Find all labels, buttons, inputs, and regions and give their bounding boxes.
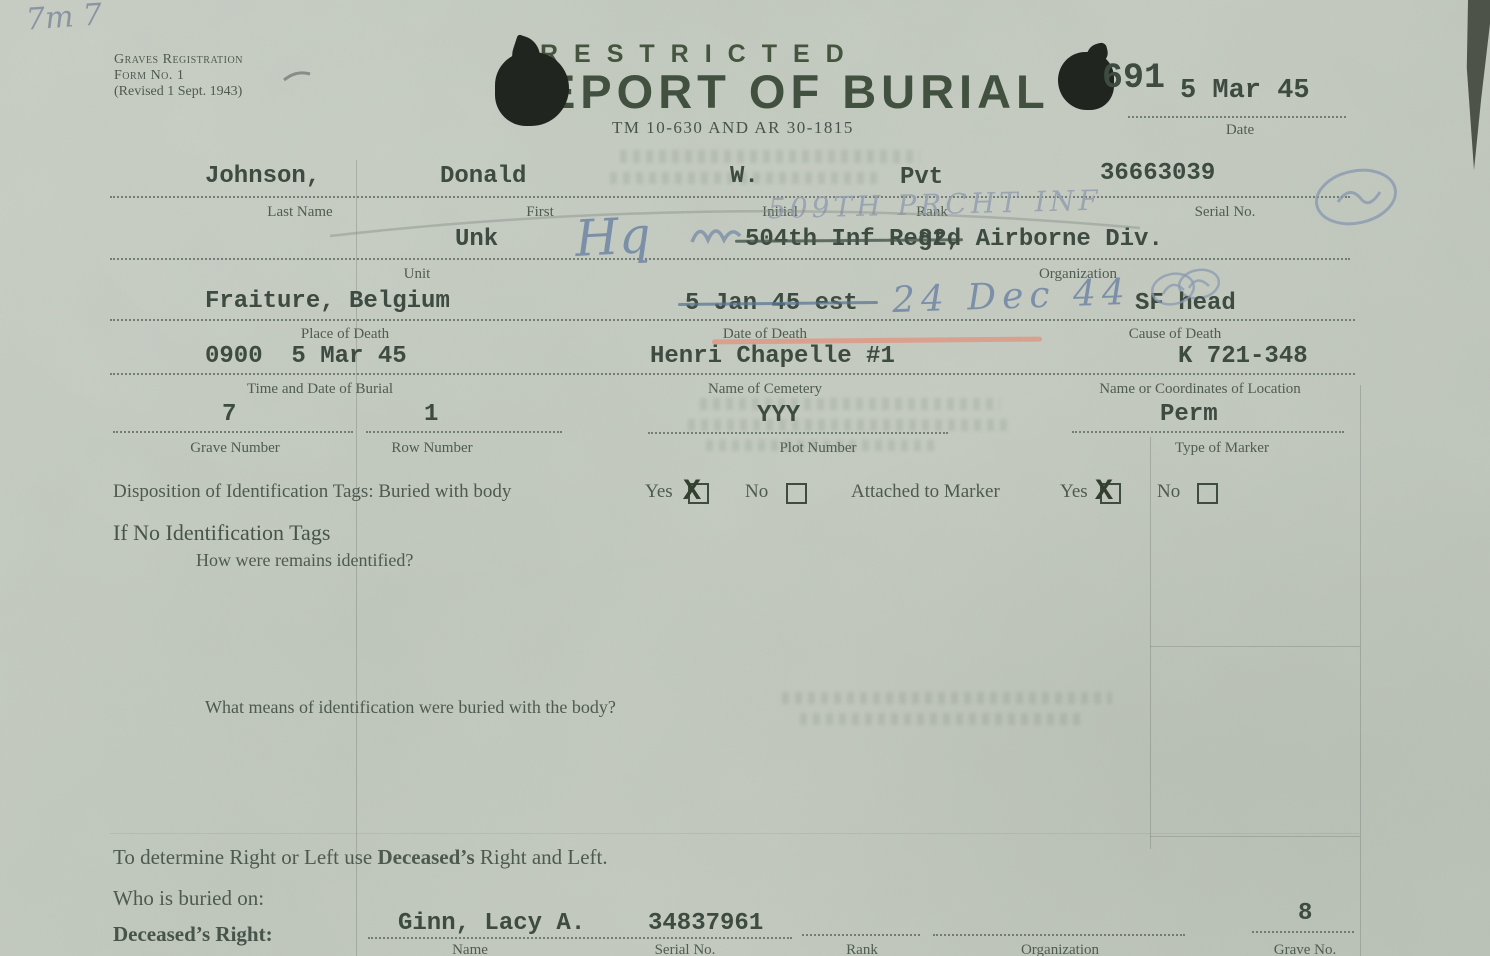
footer-organization-label: Organization [1021, 942, 1099, 956]
initial-value: W. [730, 163, 759, 190]
remains-identified-question: How were remains identified? [196, 550, 413, 571]
who-buried-line: Who is buried on: [113, 886, 264, 911]
location-label: Name or Coordinates of Location [1099, 381, 1301, 398]
form-id-block: Graves Registration Form No. 1 (Revised … [114, 52, 243, 100]
buried-no-label: No [745, 481, 768, 503]
grave-number-value: 7 [222, 401, 236, 428]
no-tags-heading: If No Identification Tags [113, 520, 330, 546]
buried-yes-label: Yes [645, 481, 673, 503]
plot-number-label: Plot Number [779, 440, 856, 457]
marker-label: Type of Marker [1175, 440, 1269, 457]
handwritten-date-of-death: 24 Dec 44 [891, 272, 1131, 321]
unit-row-line [110, 258, 1350, 260]
buried-right-serial-value: 34837961 [648, 910, 763, 937]
footer-name-label: Name [452, 942, 488, 956]
handwritten-corner-note: 7m 7 [25, 0, 103, 38]
marker-value: Perm [1160, 401, 1218, 428]
footer-grave-value: 8 [1298, 900, 1312, 927]
column-rule [1360, 385, 1361, 956]
buried-no-checkbox [786, 483, 807, 504]
organization-value: 82d Airborne Div. [918, 226, 1163, 253]
document-subtitle: TM 10-630 AND AR 30-1815 [612, 118, 854, 138]
pencil-squiggle [688, 214, 744, 250]
pencil-circle-mark [1310, 164, 1402, 230]
footer-grave-label: Grave No. [1274, 942, 1336, 956]
row-rule [1150, 836, 1360, 837]
footer-serial-label: Serial No. [655, 942, 716, 956]
footer-rank-line [802, 934, 920, 936]
date-line [1128, 116, 1346, 118]
instruction-bold: Deceased’s [377, 845, 474, 869]
form-id-line3: (Revised 1 Sept. 1943) [114, 84, 243, 100]
deceaseds-right-label: Deceased’s Right: [113, 922, 273, 947]
means-of-identification-question: What means of identification were buried… [205, 697, 616, 718]
footer-rank-label: Rank [846, 942, 878, 956]
right-left-instruction: To determine Right or Left use Deceased’… [113, 845, 608, 870]
plot-number-line [648, 432, 948, 434]
time-date-burial-value: 0900 5 Mar 45 [205, 343, 407, 370]
instruction-post: Right and Left. [475, 845, 608, 869]
unit-value: Unk [455, 226, 498, 253]
handwritten-hq: Hq [574, 206, 653, 268]
marker-yes-label: Yes [1060, 481, 1088, 503]
death-row-line [110, 319, 1355, 321]
unit-label: Unit [404, 266, 431, 283]
pencil-circle-mark [1148, 270, 1198, 308]
row-number-label: Row Number [391, 440, 472, 457]
marker-no-label: No [1157, 481, 1180, 503]
bleed-through-text [620, 150, 920, 163]
bleed-through-text [800, 713, 1080, 725]
burial-row-line [110, 373, 1355, 375]
bleed-through-text [688, 419, 1008, 431]
grave-number-line [113, 431, 353, 433]
marker-line [1072, 431, 1344, 433]
row-number-line [366, 431, 562, 433]
buried-right-name-value: Ginn, Lacy A. [398, 910, 585, 937]
bleed-through-text [700, 398, 1000, 410]
row-rule [110, 833, 1360, 834]
paper-edge-shadow [1450, 0, 1490, 170]
time-date-burial-label: Time and Date of Burial [247, 381, 393, 398]
attached-marker-text: Attached to Marker [851, 481, 1000, 503]
marker-yes-x-mark: X [1095, 477, 1113, 507]
cemetery-label: Name of Cemetery [708, 381, 822, 398]
tags-disposition-text: Disposition of Identification Tags: Buri… [113, 481, 511, 503]
column-rule [1150, 437, 1151, 849]
first-name-value: Donald [440, 163, 526, 190]
row-rule [1150, 646, 1360, 647]
bleed-through-text [782, 692, 1112, 704]
cause-of-death-label: Cause of Death [1129, 326, 1221, 343]
location-value: K 721-348 [1178, 343, 1308, 370]
pencil-tick-mark [282, 68, 312, 84]
marker-no-checkbox [1197, 483, 1218, 504]
document-title: REPORT OF BURIAL [505, 64, 1050, 119]
date-value: 5 Mar 45 [1180, 76, 1310, 106]
cemetery-value: Henri Chapelle #1 [650, 343, 895, 370]
plot-number-value: YYY [757, 402, 800, 429]
date-label: Date [1226, 122, 1254, 139]
serial-label: Serial No. [1195, 204, 1256, 221]
serial-value: 36663039 [1100, 160, 1215, 187]
row-number-value: 1 [424, 401, 438, 428]
place-of-death-value: Fraiture, Belgium [205, 288, 450, 315]
footer-grave-line [1252, 931, 1354, 933]
last-name-value: Johnson, [205, 163, 320, 190]
last-name-label: Last Name [267, 204, 332, 221]
form-id-line2: Form No. 1 [114, 68, 243, 84]
footer-name-line [368, 937, 792, 939]
report-number: 691 [1102, 58, 1165, 98]
report-of-burial-document: 7m 7 Graves Registration Form No. 1 (Rev… [0, 0, 1490, 956]
footer-organization-line [933, 934, 1185, 936]
instruction-pre: To determine Right or Left use [113, 845, 377, 869]
buried-yes-x-mark: X [683, 477, 701, 507]
place-of-death-label: Place of Death [301, 326, 389, 343]
grave-number-label: Grave Number [190, 440, 280, 457]
paper-texture [0, 0, 1490, 956]
form-id-line1: Graves Registration [114, 52, 243, 68]
